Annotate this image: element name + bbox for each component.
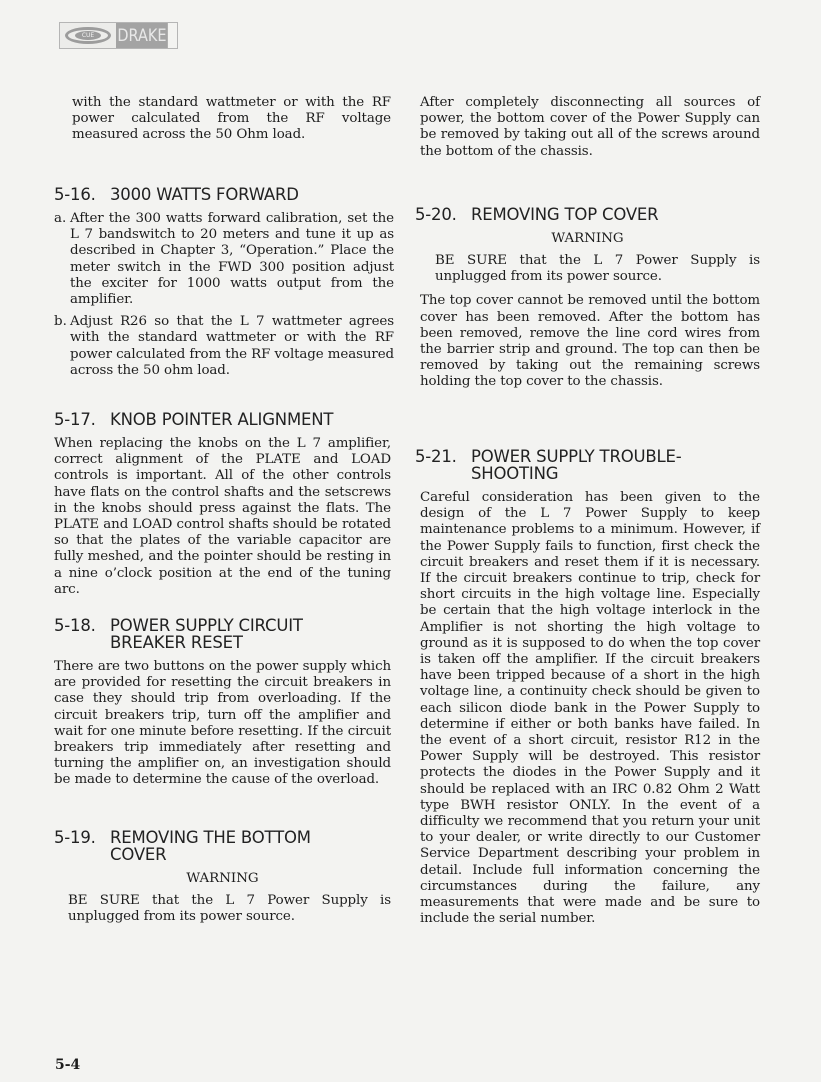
list-item-b: b. Adjust R26 so that the L 7 wattmeter … — [54, 314, 394, 379]
drake-logo: CUE DRAKE — [59, 22, 178, 49]
section-heading: 5-21.POWER SUPPLY TROUBLE-SHOOTING — [415, 448, 760, 482]
list-item-a: a. After the 300 watts forward calibrati… — [54, 211, 394, 308]
warning-label: WARNING — [415, 231, 760, 247]
section-5-17: 5-17.KNOB POINTER ALIGNMENT When replaci… — [54, 411, 391, 598]
warning-text: BE SURE that the L 7 Power Supply is unp… — [415, 253, 760, 285]
logo-emblem-icon: CUE — [60, 23, 116, 48]
section-5-19: 5-19.REMOVING THE BOTTOMCOVER WARNING BE… — [54, 829, 391, 925]
section-heading: 5-18.POWER SUPPLY CIRCUITBREAKER RESET — [54, 617, 391, 651]
section-body: Careful consideration has been given to … — [415, 490, 760, 927]
section-heading: 5-20.REMOVING TOP COVER — [415, 206, 760, 223]
section-heading: 5-17.KNOB POINTER ALIGNMENT — [54, 411, 391, 428]
intro-paragraph: After completely disconnecting all sourc… — [420, 95, 760, 160]
section-5-21: 5-21.POWER SUPPLY TROUBLE-SHOOTING Caref… — [415, 448, 760, 927]
section-body: The top cover cannot be removed until th… — [415, 293, 760, 390]
logo-brand-name: DRAKE — [116, 23, 168, 48]
warning-label: WARNING — [54, 871, 391, 887]
section-5-16: 5-16.3000 WATTS FORWARD a. After the 300… — [54, 186, 394, 379]
section-body: When replacing the knobs on the L 7 ampl… — [54, 436, 391, 598]
intro-paragraph: with the standard wattmeter or with the … — [72, 95, 391, 144]
section-5-18: 5-18.POWER SUPPLY CIRCUITBREAKER RESET T… — [54, 617, 391, 789]
page-number: 5-4 — [55, 1057, 80, 1073]
section-heading: 5-19.REMOVING THE BOTTOMCOVER — [54, 829, 391, 863]
section-body: There are two buttons on the power suppl… — [54, 659, 391, 789]
section-5-20: 5-20.REMOVING TOP COVER WARNING BE SURE … — [415, 206, 760, 391]
warning-text: BE SURE that the L 7 Power Supply is unp… — [54, 893, 391, 925]
section-heading: 5-16.3000 WATTS FORWARD — [54, 186, 394, 203]
